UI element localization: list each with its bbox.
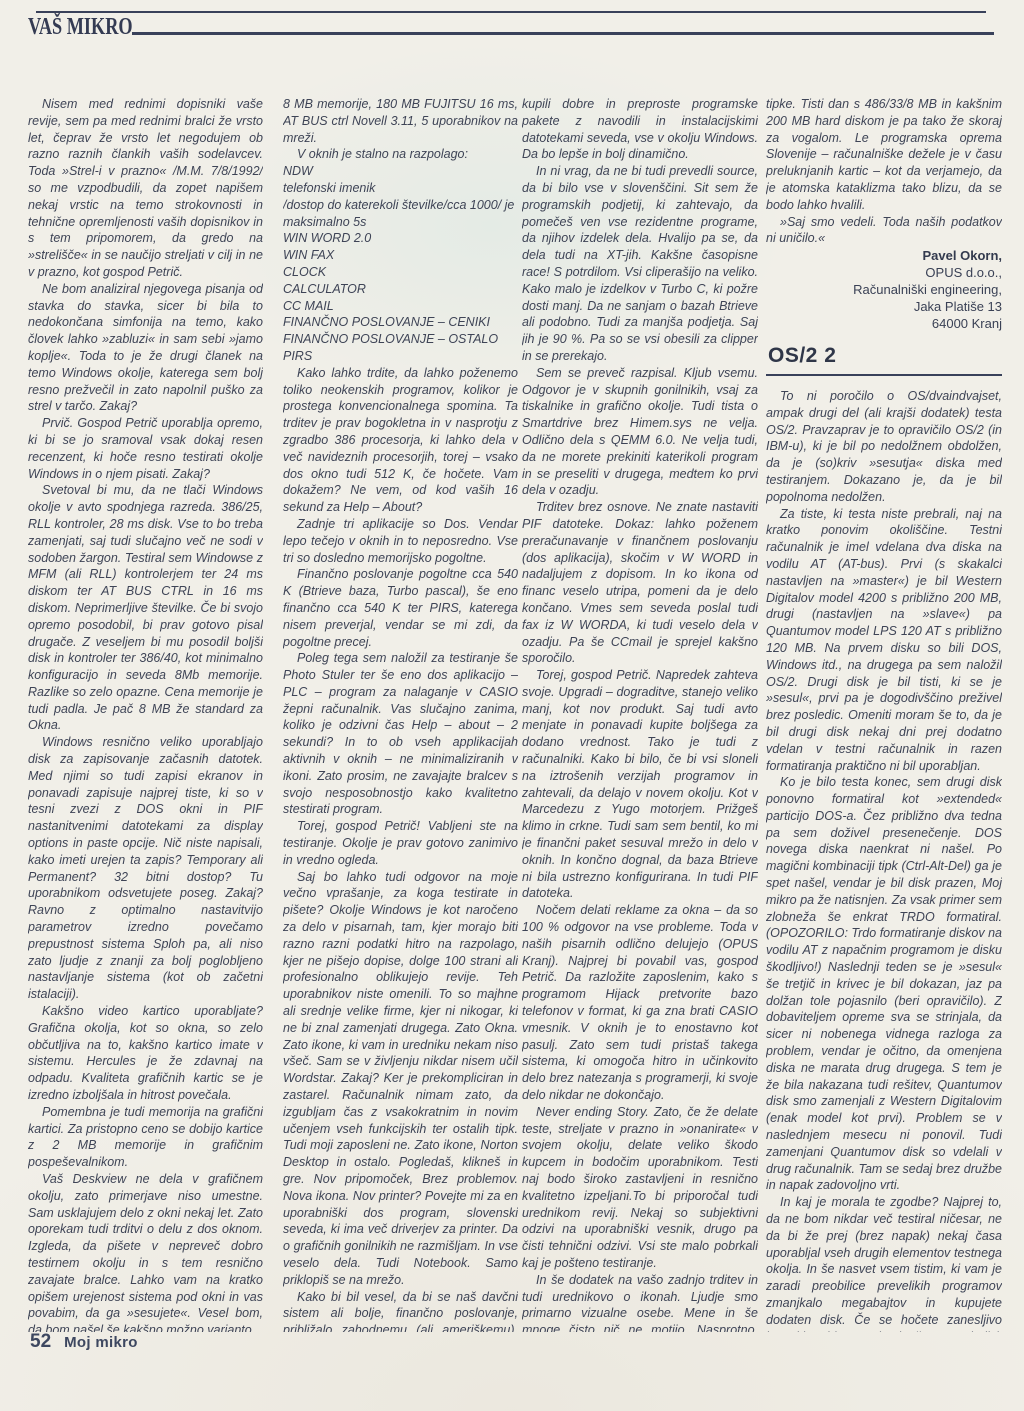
masthead-top-rule: [36, 11, 986, 13]
article-paragraph: Never ending Story. Zato, če že delate t…: [522, 1104, 758, 1272]
article-paragraph: Pomembna je tudi memorija na grafični ka…: [28, 1104, 263, 1171]
article-paragraph: Poleg tega sem naložil za testiranje še …: [283, 650, 518, 818]
article-paragraph: Nočem delati reklame za okna – da so 100…: [522, 902, 758, 1104]
magazine-name: Moj mikro: [64, 1334, 138, 1351]
program-list-item: FINANČNO POSLOVANJE – CENIKI: [283, 314, 518, 331]
article-paragraph: Ko je bilo testa konec, sem drugi disk p…: [766, 774, 1002, 1194]
article-paragraph: Finančno poslovanje pogoltne cca 540 K (…: [283, 566, 518, 650]
article-paragraph: Zadnje tri aplikacije so Dos. Vendar lep…: [283, 516, 518, 566]
signature-line: Jaka Platiše 13: [766, 298, 1002, 315]
article-paragraph: Torej, gospod Petrič! Vabljeni ste na te…: [283, 818, 518, 868]
program-list-item: telefonski imenik: [283, 180, 518, 197]
article-column-1: Nisem med rednimi dopisniki vaše revije,…: [28, 96, 263, 1332]
article-paragraph: Sem se preveč razpisal. Kljub vsemu. Odg…: [522, 365, 758, 499]
program-list-item: /dostop do katerekoli številke/cca 1000/…: [283, 197, 518, 231]
program-list-item: NDW: [283, 163, 518, 180]
page-footer: 52 Moj mikro: [30, 1331, 138, 1353]
magazine-section-title: VAŠ MIKRO: [28, 14, 133, 41]
article-paragraph: Torej, gospod Petrič. Napredek zahteva s…: [522, 667, 758, 902]
article-paragraph: Kako lahko trdite, da lahko poženemo tol…: [283, 365, 518, 516]
article-paragraph: Kako bi bil vesel, da bi se naš davčni s…: [283, 1289, 518, 1332]
article-paragraph-continued: tipke. Tisti dan s 486/33/8 MB in kakšni…: [766, 96, 1002, 214]
page-number: 52: [30, 1331, 51, 1353]
program-list-item: WIN FAX: [283, 247, 518, 264]
program-list-item: FINANČNO POSLOVANJE – OSTALO: [283, 331, 518, 348]
article-paragraph-continued: kupili dobre in preproste programske pak…: [522, 96, 758, 163]
article-paragraph: Kakšno video kartico uporabljate? Grafič…: [28, 1003, 263, 1104]
program-list-item: CALCULATOR: [283, 281, 518, 298]
article-paragraph-continued: 8 MB memorije, 180 MB FUJITSU 16 ms, AT …: [283, 96, 518, 146]
article-paragraph: In še dodatek na vašo zadnjo trditev in …: [522, 1272, 758, 1332]
article-paragraph: Vaš Deskview ne dela v grafičnem okolju,…: [28, 1171, 263, 1332]
section-heading: OS/2 2: [766, 348, 1002, 376]
article-paragraph: Windows resnično veliko uporabljajo disk…: [28, 734, 263, 1003]
article-paragraph: »Saj smo vedeli. Toda naših podatkov ni …: [766, 214, 1002, 248]
article-paragraph: Svetoval bi mu, da ne tlači Windows okol…: [28, 482, 263, 734]
program-list-item: PIRS: [283, 348, 518, 365]
signature-line: Računalniški engineering,: [766, 281, 1002, 298]
article-paragraph: In kaj je morala te zgodbe? Najprej to, …: [766, 1194, 1002, 1332]
signature-name: Pavel Okorn,: [766, 247, 1002, 264]
article-paragraph: Trditev brez osnove. Ne znate nastaviti …: [522, 499, 758, 667]
signature-line: OPUS d.o.o.,: [766, 264, 1002, 281]
article-column-3: kupili dobre in preproste programske pak…: [522, 96, 758, 1332]
article-paragraph: In ni vrag, da ne bi tudi prevedli sourc…: [522, 163, 758, 365]
program-list-item: CC MAIL: [283, 298, 518, 315]
signature-line: 64000 Kranj: [766, 315, 1002, 332]
article-column-2: 8 MB memorije, 180 MB FUJITSU 16 ms, AT …: [283, 96, 518, 1332]
article-paragraph: Nisem med rednimi dopisniki vaše revije,…: [28, 96, 263, 281]
program-list-item: CLOCK: [283, 264, 518, 281]
article-paragraph: V oknih je stalno na razpolago:: [283, 146, 518, 163]
masthead-thick-rule: [132, 32, 994, 35]
article-paragraph: Ne bom analiziral njegovega pisanja od s…: [28, 281, 263, 415]
program-list-item: WIN WORD 2.0: [283, 230, 518, 247]
article-paragraph: Za tiste, ki testa niste prebrali, naj n…: [766, 506, 1002, 775]
article-paragraph: Saj bo lahko tudi odgovor na moje večno …: [283, 869, 518, 1289]
article-paragraph: To ni poročilo o OS/dvaindvajset, ampak …: [766, 388, 1002, 506]
article-column-4: tipke. Tisti dan s 486/33/8 MB in kakšni…: [766, 96, 1002, 1332]
article-paragraph: Prvič. Gospod Petrič uporablja opremo, k…: [28, 415, 263, 482]
